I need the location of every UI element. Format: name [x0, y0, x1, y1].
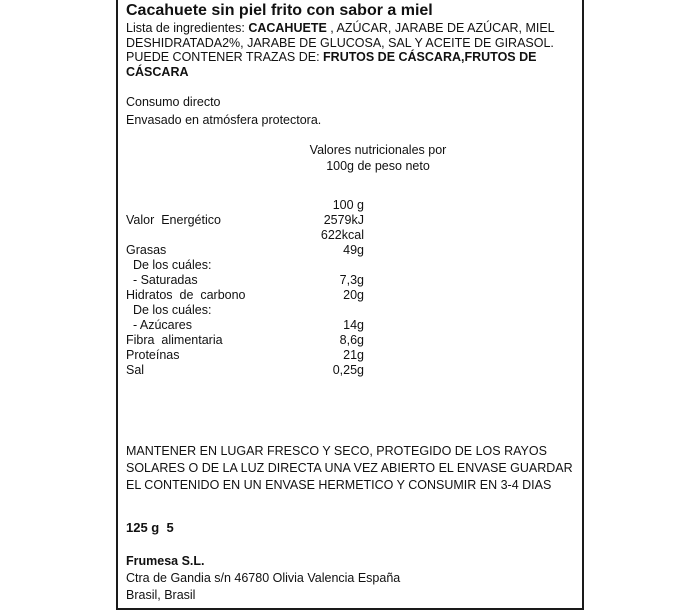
nutrition-row: Grasas49g — [126, 243, 364, 258]
usage-line-2: Envasado en atmósfera protectora. — [126, 111, 321, 129]
nutrient-name: - Azúcares — [126, 318, 192, 333]
nutrient-name: Hidratos de carbono — [126, 288, 246, 303]
nutrient-value: 2579kJ — [324, 213, 364, 228]
nutrition-row: - Saturadas7,3g — [126, 273, 364, 288]
nutrient-value: 21g — [343, 348, 364, 363]
nutrient-value: 622kcal — [321, 228, 364, 243]
ingredients-list: Lista de ingredientes: CACAHUETE , AZÚCA… — [126, 21, 566, 79]
nutrition-row: De los cuáles: — [126, 258, 364, 273]
nutrient-name: De los cuáles: — [126, 303, 211, 318]
company-info: Frumesa S.L. Ctra de Gandia s/n 46780 Ol… — [126, 553, 400, 604]
nutrition-row: De los cuáles: — [126, 303, 364, 318]
product-label: Cacahuete sin piel frito con sabor a mie… — [116, 0, 584, 610]
usage-info: Consumo directo Envasado en atmósfera pr… — [126, 93, 321, 129]
nutrition-table: 100 gValor Energético2579kJ622kcalGrasas… — [126, 198, 364, 378]
ingredient-main: CACAHUETE — [248, 21, 326, 35]
usage-line-1: Consumo directo — [126, 93, 321, 111]
company-address: Ctra de Gandia s/n 46780 Olivia Valencia… — [126, 570, 400, 587]
company-origin: Brasil, Brasil — [126, 587, 400, 604]
nutrition-header-line-1: Valores nutricionales por — [298, 142, 458, 158]
nutrient-value: 7,3g — [340, 273, 364, 288]
nutrient-name: Valor Energético — [126, 213, 221, 228]
nutrient-name: De los cuáles: — [126, 258, 211, 273]
nutrient-name: Sal — [126, 363, 144, 378]
nutrition-row: - Azúcares14g — [126, 318, 364, 333]
nutrient-name: Proteínas — [126, 348, 180, 363]
nutrition-header: Valores nutricionales por 100g de peso n… — [298, 142, 458, 174]
storage-instructions: MANTENER EN LUGAR FRESCO Y SECO, PROTEGI… — [126, 443, 576, 494]
net-quantity: 125 g 5 — [126, 520, 174, 535]
nutrition-header-line-2: 100g de peso neto — [298, 158, 458, 174]
nutrition-row: Valor Energético2579kJ — [126, 213, 364, 228]
nutrient-value: 0,25g — [333, 363, 364, 378]
nutrition-row: Hidratos de carbono20g — [126, 288, 364, 303]
nutrient-value: 8,6g — [340, 333, 364, 348]
nutrition-row: Proteínas21g — [126, 348, 364, 363]
product-title: Cacahuete sin piel frito con sabor a mie… — [126, 2, 433, 20]
nutrient-value: 100 g — [333, 198, 364, 213]
nutrient-name: Fibra alimentaria — [126, 333, 223, 348]
nutrient-name: - Saturadas — [126, 273, 198, 288]
nutrition-row: 622kcal — [126, 228, 364, 243]
nutrient-value: 20g — [343, 288, 364, 303]
nutrition-row: Fibra alimentaria8,6g — [126, 333, 364, 348]
nutrient-value: 14g — [343, 318, 364, 333]
nutrient-name: Grasas — [126, 243, 166, 258]
ingredients-prefix: Lista de ingredientes: — [126, 21, 248, 35]
company-name: Frumesa S.L. — [126, 553, 400, 570]
nutrition-row: 100 g — [126, 198, 364, 213]
nutrient-value: 49g — [343, 243, 364, 258]
nutrition-row: Sal0,25g — [126, 363, 364, 378]
